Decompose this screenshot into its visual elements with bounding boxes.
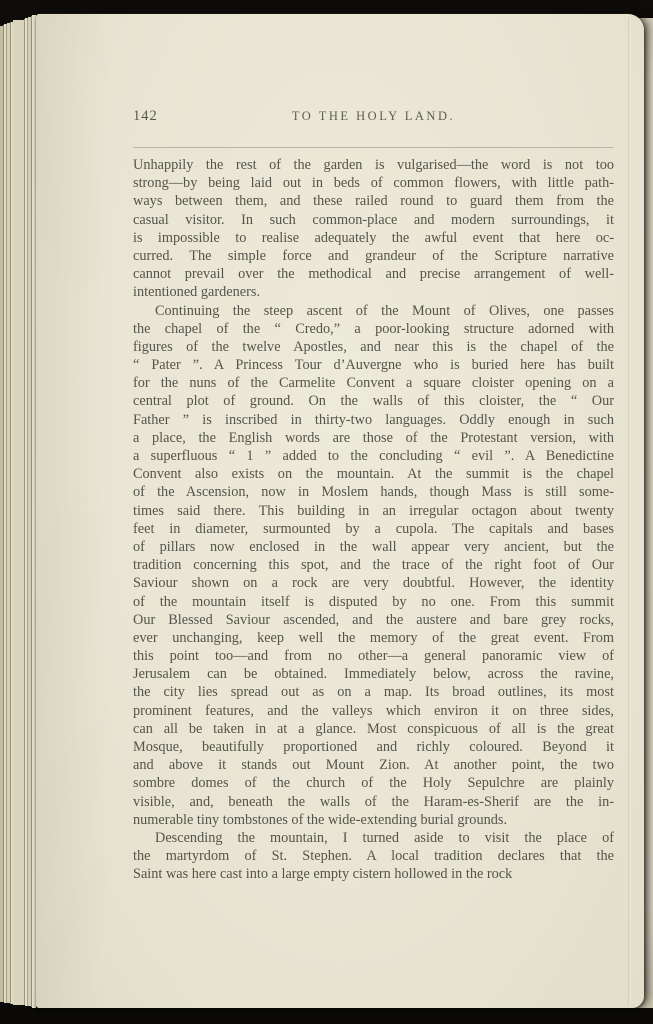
text-line: visible, and, beneath the walls of the H… [133,793,614,811]
text-line: numerable tiny tombstones of the wide-ex… [133,811,614,829]
text-line: the martyrdom of St. Stephen. A local tr… [133,847,614,865]
text-line: the chapel of the “ Credo,” a poor-looki… [133,320,614,338]
page-edge-stack [0,14,36,1008]
text-line: casual visitor. In such common-place and… [133,211,614,229]
text-line: for the nuns of the Carmelite Convent a … [133,374,614,392]
text-line: central plot of ground. On the walls of … [133,392,614,410]
text-line: a place, the English words are those of … [133,429,614,447]
text-line: tradition concerning this spot, and the … [133,556,614,574]
text-line: of pillars now enclosed in the wall appe… [133,538,614,556]
text-line: is impossible to realise adequately the … [133,229,614,247]
text-line: “ Pater ”. A Princess Tour d’Auvergne wh… [133,356,614,374]
text-line: and above it stands out Mount Zion. At a… [133,756,614,774]
text-line: Father ” is inscribed in thirty-two lang… [133,411,614,429]
text-line: can all be taken in at a glance. Most co… [133,720,614,738]
text-line: Jerusalem can be obtained. Immediately b… [133,665,614,683]
text-line: Unhappily the rest of the garden is vulg… [133,156,614,174]
text-line: this point too—and from no other—a gener… [133,647,614,665]
page-edge-strip [13,20,24,1005]
paragraph: Continuing the steep ascent of the Mount… [133,302,614,829]
text-line: Saviour shown on a rock are very doubtfu… [133,574,614,592]
text-block: 142 TO THE HOLY LAND. Unhappily the rest… [133,106,614,884]
book-scan-background: 142 TO THE HOLY LAND. Unhappily the rest… [0,0,653,1024]
text-line: Continuing the steep ascent of the Mount… [133,302,614,320]
body-text: Unhappily the rest of the garden is vulg… [133,156,614,884]
text-line: ways between them, and these railed roun… [133,192,614,210]
text-line: times said there. This building in an ir… [133,502,614,520]
text-line: Our Blessed Saviour ascended, and the au… [133,611,614,629]
running-title: TO THE HOLY LAND. [133,106,614,126]
text-line: of the Ascension, now in Moslem hands, t… [133,483,614,501]
text-line: a superfluous “ 1 ” added to the conclud… [133,447,614,465]
text-line: strong—by being laid out in beds of comm… [133,174,614,192]
header-rule [133,147,614,148]
text-line: ever unchanging, keep well the memory of… [133,629,614,647]
book-page: 142 TO THE HOLY LAND. Unhappily the rest… [36,14,644,1008]
text-line: Descending the mountain, I turned aside … [133,829,614,847]
text-line: feet in diameter, surmounted by a cupola… [133,520,614,538]
text-line: prominent features, and the valleys whic… [133,702,614,720]
page-curl-highlight [628,18,631,1004]
text-line: Saint was here cast into a large empty c… [133,865,614,883]
text-line: Convent also exists on the mountain. At … [133,465,614,483]
text-line: intentioned gardeners. [133,283,614,301]
text-line: Mosque, beautifully proportioned and ric… [133,738,614,756]
page-header: 142 TO THE HOLY LAND. [133,106,614,126]
text-line: the city lies spread out as on a map. It… [133,683,614,701]
paragraph: Unhappily the rest of the garden is vulg… [133,156,614,302]
text-line: of the mountain itself is disputed by no… [133,593,614,611]
text-line: curred. The simple force and grandeur of… [133,247,614,265]
text-line: sombre domes of the church of the Holy S… [133,774,614,792]
text-line: cannot prevail over the methodical and p… [133,265,614,283]
paragraph: Descending the mountain, I turned aside … [133,829,614,884]
text-line: figures of the twelve Apostles, and near… [133,338,614,356]
